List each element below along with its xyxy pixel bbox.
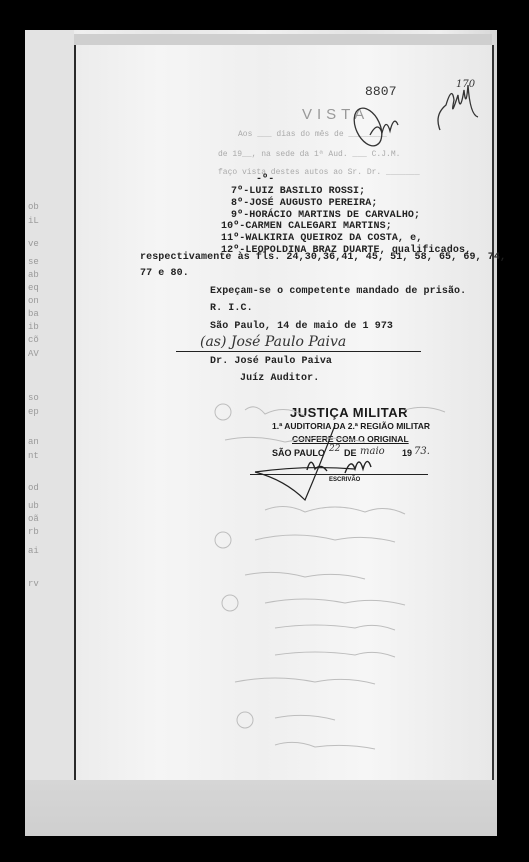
folio-signature-icon: 170 xyxy=(432,75,487,140)
defendant-item: 9º-HORÁCIO MARTINS DE CARVALHO; xyxy=(231,210,420,221)
ric-text: R. I.C. xyxy=(210,303,253,314)
list-header: -º- xyxy=(256,174,274,185)
faint-line-3: faço vista destes autos ao Sr. Dr. _____… xyxy=(218,168,420,177)
margin-bleed-fragment: rb xyxy=(28,528,39,537)
pages-line-end: 77 e 80. xyxy=(140,268,189,279)
margin-bleed-fragment: eq xyxy=(28,284,39,293)
margin-bleed-fragment: nt xyxy=(28,452,39,461)
defendant-item: 10º-CARMEN CALEGARI MARTINS; xyxy=(221,221,392,232)
left-page-strip xyxy=(25,30,74,780)
order-text: Expeçam-se o competente mandado de prisã… xyxy=(210,286,466,297)
margin-bleed-fragment: ai xyxy=(28,547,39,556)
margin-bleed-fragment: iL xyxy=(28,217,39,226)
margin-bleed-fragment: on xyxy=(28,297,39,306)
handwritten-signature: (as) José Paulo Paiva xyxy=(200,334,346,350)
pages-line: respectivamente às fls. 24,30,36,41, 45,… xyxy=(140,252,506,263)
margin-bleed-fragment: so xyxy=(28,394,39,403)
margin-bleed-fragment: ve xyxy=(28,240,39,249)
margin-bleed-fragment: ep xyxy=(28,408,39,417)
margin-bleed-fragment: ub xyxy=(28,502,39,511)
svg-text:170: 170 xyxy=(456,79,476,90)
handwritten-bleed-through xyxy=(205,400,475,770)
margin-bleed-fragment: rv xyxy=(28,580,39,589)
margin-bleed-fragment: cõ xyxy=(28,336,39,345)
defendant-item: 7º-LUIZ BASILIO ROSSI; xyxy=(231,186,365,197)
margin-bleed-fragment: od xyxy=(28,484,39,493)
signature-line xyxy=(176,351,421,352)
margin-bleed-fragment: ba xyxy=(28,310,39,319)
scan-bottom-edge xyxy=(25,780,497,836)
defendant-item: 8º-JOSÉ AUGUSTO PEREIRA; xyxy=(231,198,377,209)
rubric-signature-icon xyxy=(350,95,400,155)
margin-bleed-fragment: ib xyxy=(28,323,39,332)
signer-title: Juíz Auditor. xyxy=(240,373,319,384)
signer-name: Dr. José Paulo Paiva xyxy=(210,356,332,367)
margin-bleed-fragment: oã xyxy=(28,515,39,524)
margin-bleed-fragment: an xyxy=(28,438,39,447)
date-line: São Paulo, 14 de maio de 1 973 xyxy=(210,321,393,332)
margin-bleed-fragment: ob xyxy=(28,203,39,212)
margin-bleed-fragment: se xyxy=(28,258,39,267)
margin-bleed-fragment: ab xyxy=(28,271,39,280)
defendant-item: 11º-WALKIRIA QUEIROZ DA COSTA, e, xyxy=(221,233,422,244)
margin-bleed-fragment: AV xyxy=(28,350,39,359)
